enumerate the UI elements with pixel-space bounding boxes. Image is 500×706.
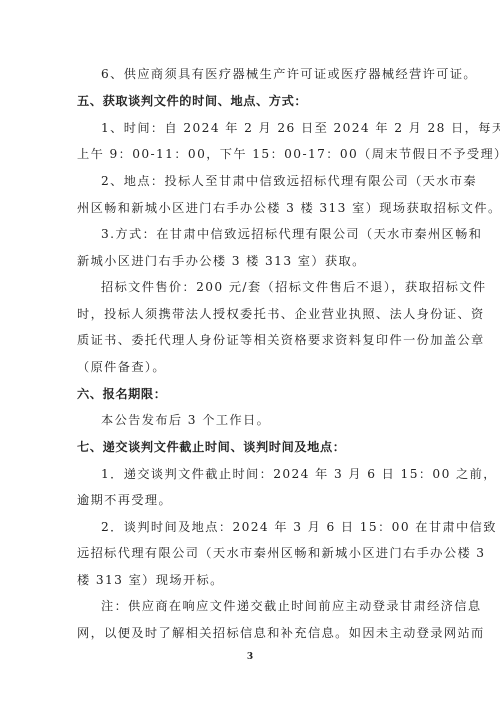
section-heading-5: 五、获取谈判文件的时间、地点、方式：	[77, 93, 425, 109]
paragraph-deadline-cont: 逾期不再受理。	[77, 492, 425, 508]
paragraph-location: 2、地点：投标人至甘肃中信致远招标代理有限公司（天水市秦	[101, 173, 425, 189]
paragraph-method: 3.方式：在甘肃中信致远招标代理有限公司（天水市秦州区畅和	[101, 226, 425, 242]
paragraph-price: 招标文件售价：200 元/套（招标文件售后不退），获取招标文件	[101, 279, 425, 295]
requirement-item-6: 6、供应商须具有医疗器械生产许可证或医疗器械经营许可证。	[101, 66, 425, 82]
section-heading-6: 六、报名期限：	[77, 386, 425, 402]
paragraph-note-cont: 网，以便及时了解相关招标信息和补充信息。如因未主动登录网站而	[77, 625, 425, 641]
paragraph-negotiation: 2．谈判时间及地点：2024 年 3 月 6 日 15：00 在甘肃中信致	[101, 519, 425, 535]
paragraph-registration-period: 本公告发布后 3 个工作日。	[101, 412, 425, 428]
paragraph-location-cont: 州区畅和新城小区进门右手办公楼 3 楼 313 室）现场获取招标文件。	[77, 200, 425, 216]
paragraph-negotiation-cont-2: 楼 313 室）现场开标。	[77, 572, 425, 588]
paragraph-time: 1、时间：自 2024 年 2 月 26 日至 2024 年 2 月 28 日，…	[101, 120, 425, 136]
paragraph-time-cont: 上午 9：00-11：00，下午 15：00-17：00（周末节假日不予受理）。	[77, 146, 425, 162]
paragraph-price-cont-3: （原件备查）。	[77, 359, 425, 375]
paragraph-deadline: 1．递交谈判文件截止时间：2024 年 3 月 6 日 15：00 之前，	[101, 466, 425, 482]
paragraph-method-cont: 新城小区进门右手办公楼 3 楼 313 室）获取。	[77, 253, 425, 269]
paragraph-price-cont-2: 质证书、委托代理人身份证等相关资格要求资料复印件一份加盖公章	[77, 332, 425, 348]
document-page: 6、供应商须具有医疗器械生产许可证或医疗器械经营许可证。 五、获取谈判文件的时间…	[0, 0, 500, 706]
page-number: 3	[0, 652, 500, 662]
section-heading-7: 七、递交谈判文件截止时间、谈判时间及地点：	[77, 439, 425, 455]
paragraph-price-cont-1: 时，投标人须携带法人授权委托书、企业营业执照、法人身份证、资	[77, 306, 425, 322]
paragraph-note: 注：供应商在响应文件递交截止时间前应主动登录甘肃经济信息	[101, 598, 425, 614]
paragraph-negotiation-cont-1: 远招标代理有限公司（天水市秦州区畅和新城小区进门右手办公楼 3	[77, 545, 425, 561]
